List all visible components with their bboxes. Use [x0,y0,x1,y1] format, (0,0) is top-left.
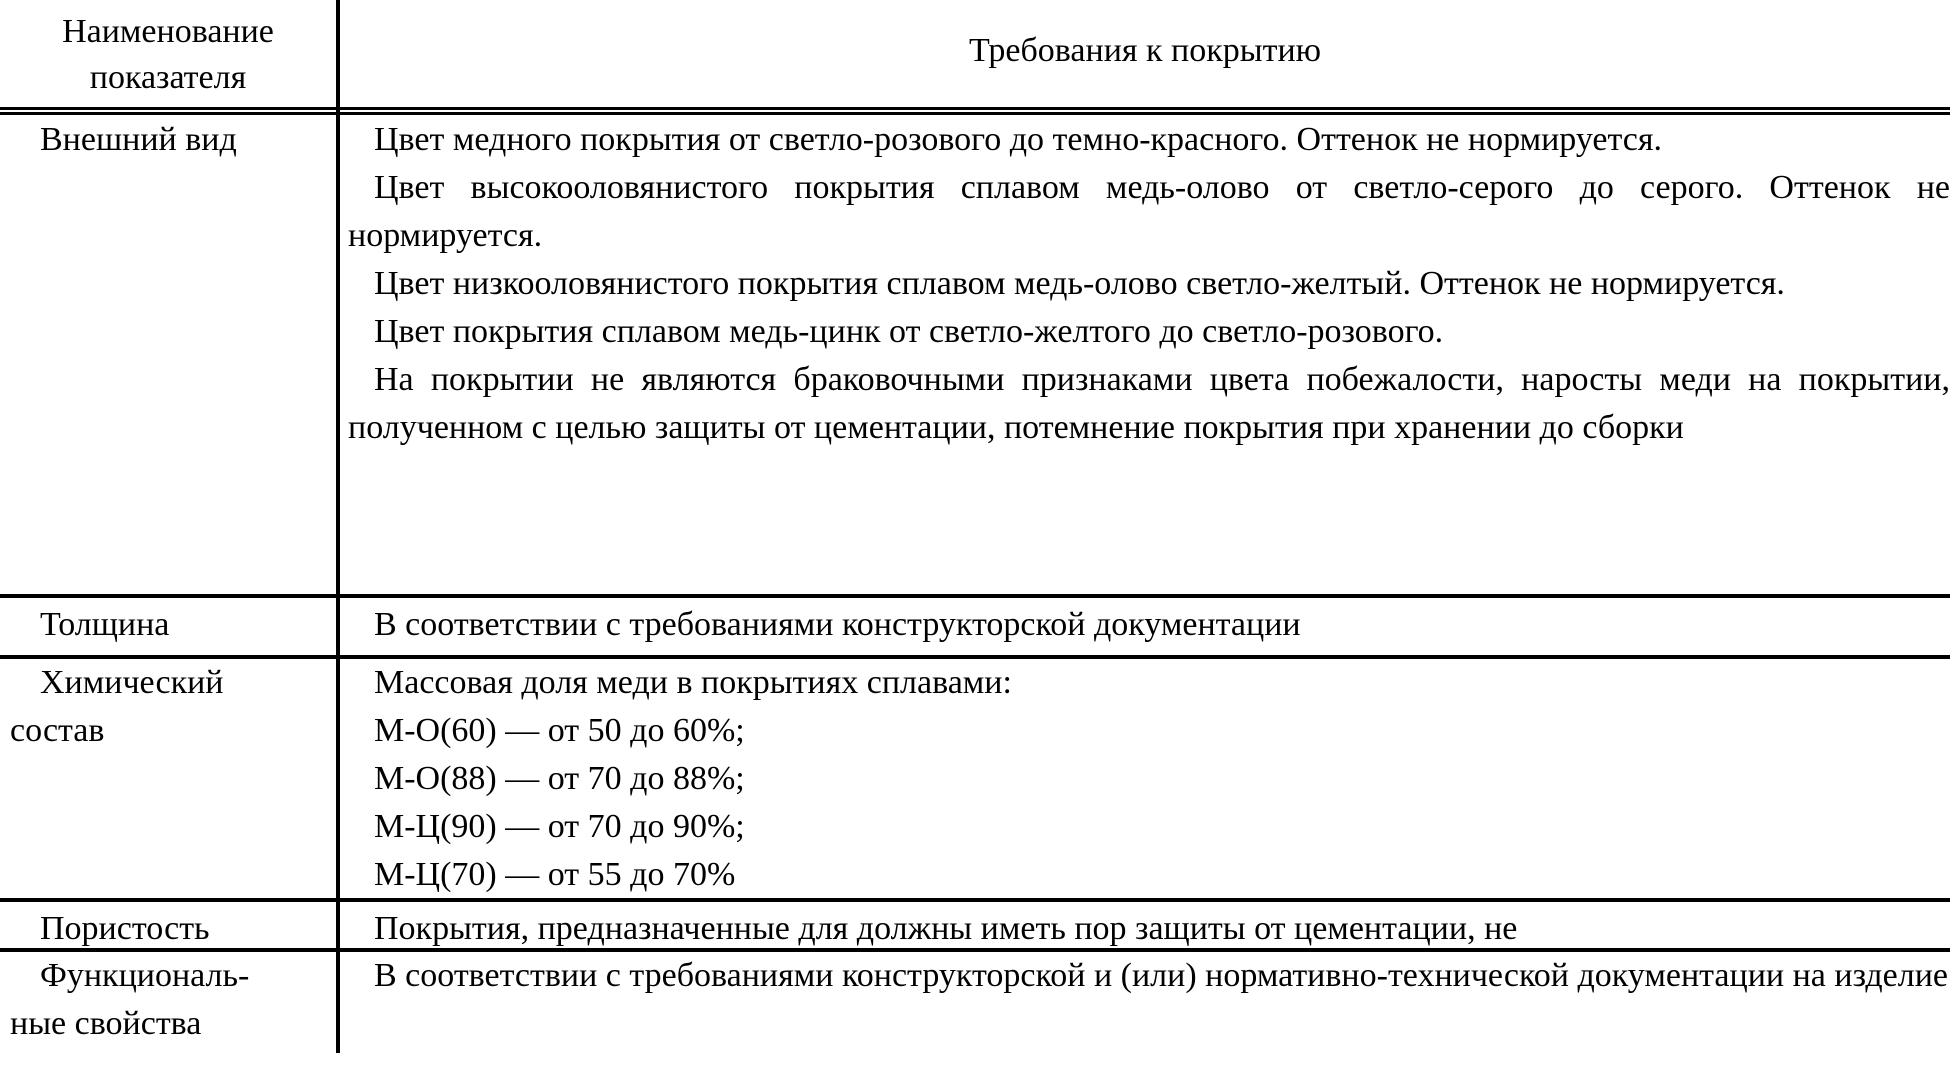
row-name: Функциональ-ные свойства [0,952,260,1048]
row-requirements: Покрытия, предназначенные для должны име… [340,906,1950,952]
requirement-paragraph: Цвет высокооловянистого покрытия сплавом… [348,164,1950,260]
table-row-thickness: Толщина В соответствии с требованиями ко… [0,594,1950,655]
alloy-composition-item: М-О(88) — от 70 до 88%; [348,755,1950,803]
row-requirements: В соответствии с требованиями конструкто… [340,952,1950,1000]
header-requirements: Требования к покрытию [340,0,1950,107]
alloy-composition-item: М-О(60) — от 50 до 60%; [348,707,1950,755]
header-double-rule [0,107,1950,114]
row-name: Толщина [0,602,336,648]
table-row-chemical-composition: Химический состав Массовая доля меди в п… [0,655,1950,898]
requirement-paragraph: Покрытия, предназначенные для должны име… [348,906,1950,952]
alloy-composition-item: М-Ц(90) — от 70 до 90%; [348,803,1950,851]
header-indicator-name: Наименование показателя [0,0,340,107]
row-requirements: В соответствии с требованиями конструкто… [340,602,1950,648]
table-header-row: Наименование показателя Требования к пок… [0,0,1950,107]
requirement-paragraph: В соответствии с требованиями конструкто… [348,952,1950,1000]
requirement-paragraph: Цвет низкооловянистого покрытия сплавом … [348,260,1950,308]
row-name: Пористость [0,906,336,952]
requirement-paragraph: Массовая доля меди в покрытиях сплавами: [348,659,1950,707]
header-left-label: Наименование показателя [43,9,293,101]
requirement-paragraph: Цвет покрытия сплавом медь-цинк от светл… [348,308,1950,356]
row-name: Химический состав [0,659,230,755]
row-name: Внешний вид [0,116,336,164]
requirement-paragraph: В соответствии с требованиями конструкто… [348,602,1950,648]
table-row-functional-properties: Функциональ-ные свойства В соответствии … [0,948,1950,1053]
table-row-appearance: Внешний вид Цвет медного покрытия от све… [0,114,1950,594]
row-requirements: Цвет медного покрытия от светло-розового… [340,116,1950,452]
header-right-label: Требования к покрытию [969,32,1321,70]
requirement-paragraph: На покрытии не являются браковочными при… [348,356,1950,452]
table-row-porosity: Пористость Покрытия, предназначенные для… [0,898,1950,948]
alloy-composition-item: М-Ц(70) — от 55 до 70% [348,851,1950,899]
requirements-table: Наименование показателя Требования к пок… [0,0,1950,1053]
row-requirements: Массовая доля меди в покрытиях сплавами:… [340,659,1950,899]
requirement-paragraph: Цвет медного покрытия от светло-розового… [348,116,1950,164]
